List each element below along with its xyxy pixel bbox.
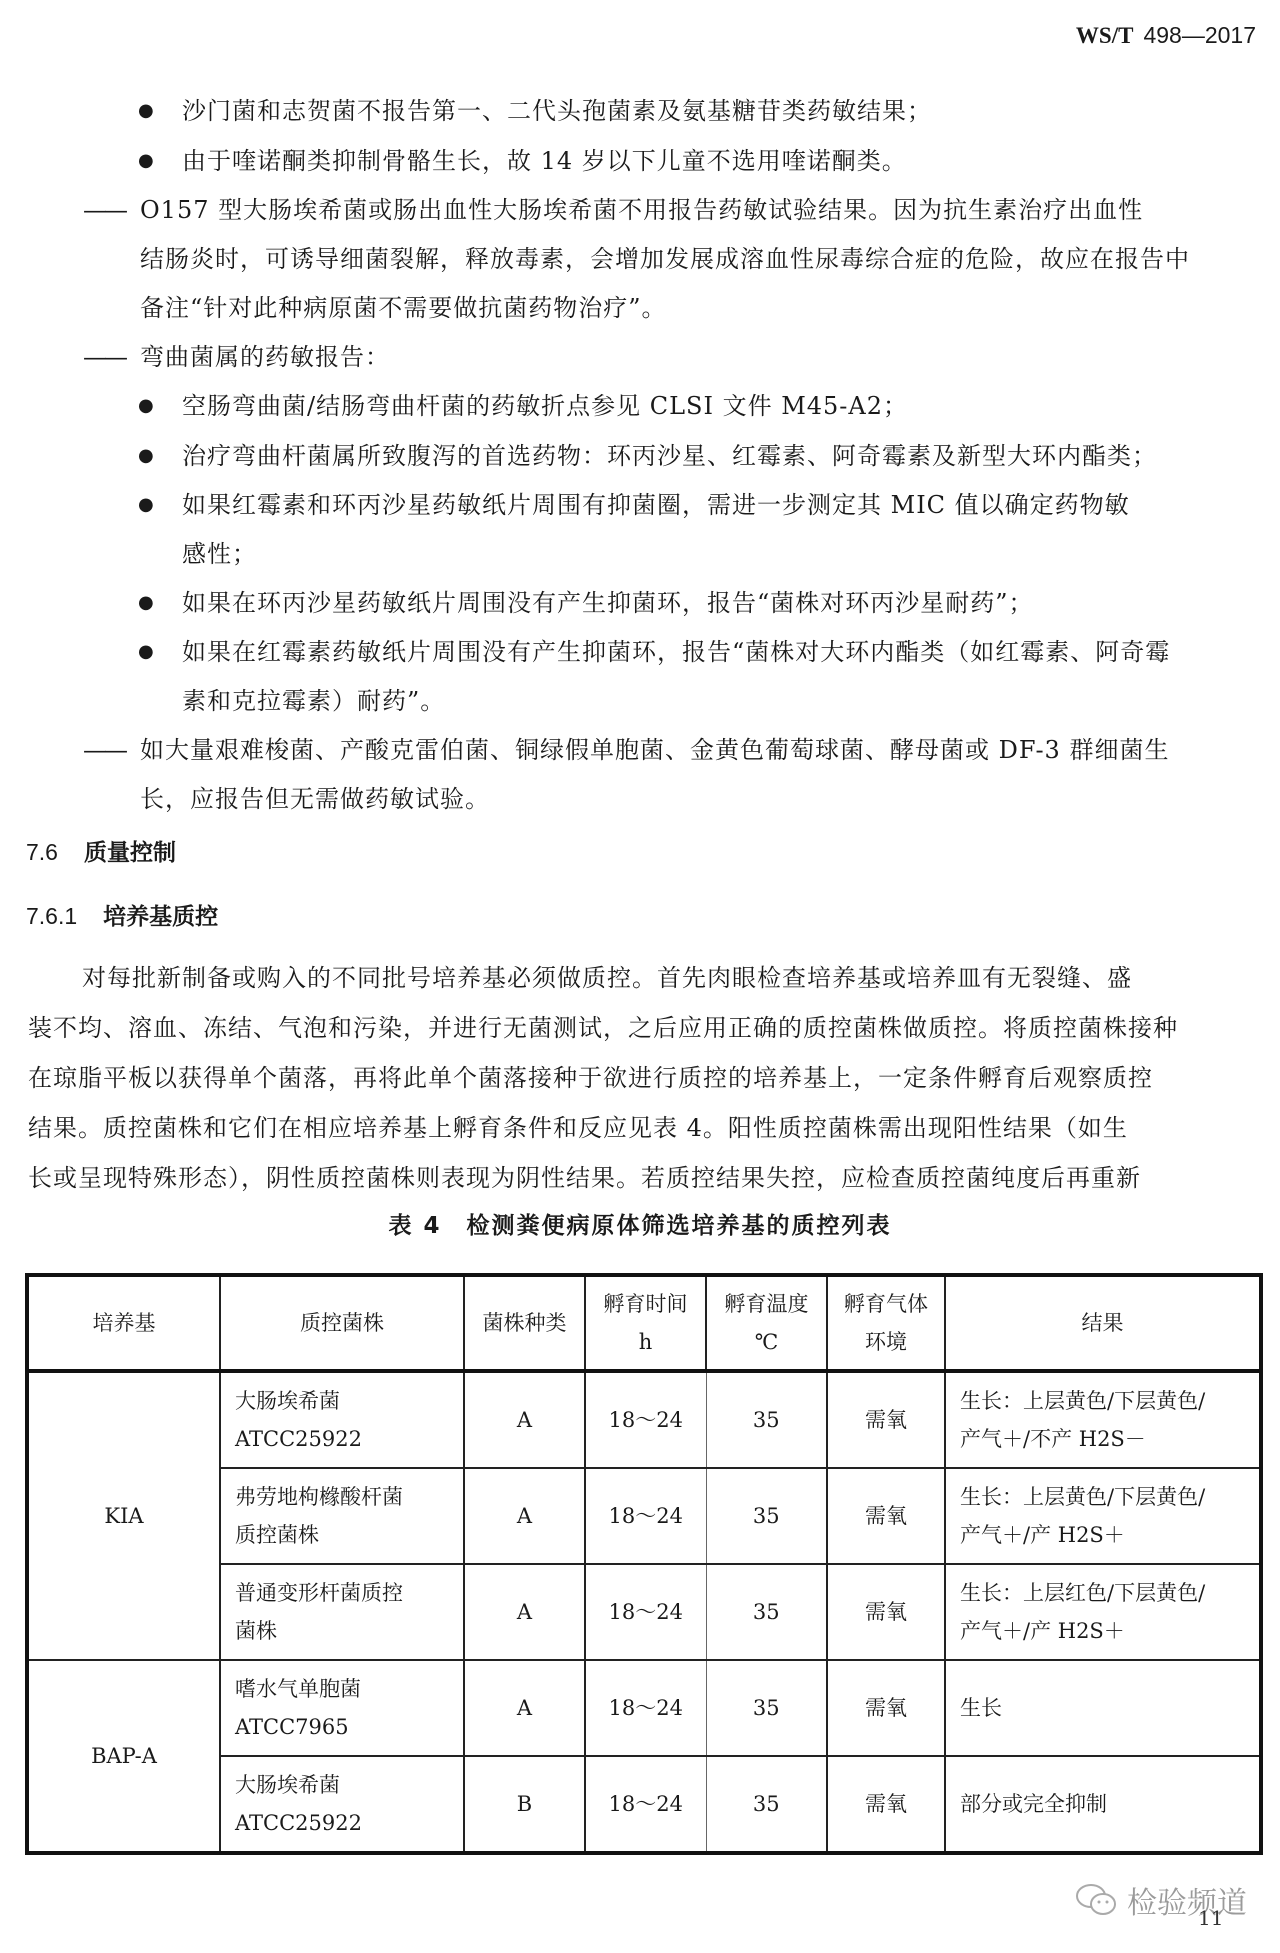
cell-time: 18～24 bbox=[585, 1468, 706, 1564]
bullet-item: 治疗弯曲杆菌属所致腹泻的首选药物：环丙沙星、红霉素、阿奇霉素及新型大环内酯类； bbox=[182, 441, 1157, 471]
header-type: 菌株种类 bbox=[464, 1275, 585, 1371]
body-line: 装不均、溶血、冻结、气泡和污染，并进行无菌测试，之后应用正确的质控菌株做质控。将… bbox=[28, 1013, 1178, 1043]
cell-type: A bbox=[464, 1564, 585, 1660]
text-line: 备注“针对此种病原菌不需要做抗菌药物治疗”。 bbox=[140, 293, 667, 323]
cell-result: 部分或完全抑制 bbox=[945, 1756, 1261, 1853]
cell-strain: 大肠埃希菌ATCC25922 bbox=[220, 1371, 464, 1468]
bullet-item: 如果在环丙沙星药敏纸片周围没有产生抑菌环，报告“菌株对环丙沙星耐药”； bbox=[182, 588, 1034, 618]
text-line: 素和克拉霉素）耐药”。 bbox=[182, 686, 445, 716]
cell-medium: BAP-A bbox=[27, 1660, 220, 1853]
standard-number: 498—2017 bbox=[1143, 22, 1256, 48]
watermark-text: 检验频道 bbox=[1127, 1878, 1247, 1922]
cell-strain: 弗劳地枸橼酸杆菌质控菌株 bbox=[220, 1468, 464, 1564]
section-heading: 7.6质量控制 bbox=[26, 834, 176, 867]
cell-time: 18～24 bbox=[585, 1756, 706, 1853]
dash-item: 弯曲菌属的药敏报告： bbox=[140, 342, 390, 372]
standard-prefix: WS/T bbox=[1076, 23, 1134, 48]
cell-result: 生长 bbox=[945, 1660, 1261, 1756]
header-temp: 孵育温度℃ bbox=[706, 1275, 827, 1371]
bullet-item: 空肠弯曲菌/结肠弯曲杆菌的药敏折点参见 CLSI 文件 M45-A2； bbox=[182, 391, 908, 421]
section-title: 质量控制 bbox=[84, 840, 176, 866]
cell-strain: 嗜水气单胞菌ATCC7965 bbox=[220, 1660, 464, 1756]
cell-result: 生长：上层黄色/下层黄色/产气＋/产 H2S＋ bbox=[945, 1468, 1261, 1564]
text-line: 长，应报告但无需做药敏试验。 bbox=[140, 784, 490, 814]
cell-gas: 需氧 bbox=[827, 1371, 945, 1468]
header-gas: 孵育气体环境 bbox=[827, 1275, 945, 1371]
section-number: 7.6.1 bbox=[26, 903, 77, 929]
dash-item: 如大量艰难梭菌、产酸克雷伯菌、铜绿假单胞菌、金黄色葡萄球菌、酵母菌或 DF-3 … bbox=[140, 735, 1169, 765]
table-caption: 表 4 检测粪便病原体筛选培养基的质控列表 bbox=[0, 1207, 1280, 1240]
cell-type: A bbox=[464, 1371, 585, 1468]
cell-gas: 需氧 bbox=[827, 1564, 945, 1660]
dash-item: O157 型大肠埃希菌或肠出血性大肠埃希菌不用报告药敏试验结果。因为抗生素治疗出… bbox=[140, 195, 1143, 225]
wechat-icon bbox=[1075, 1882, 1119, 1918]
body-line: 长或呈现特殊形态），阴性质控菌株则表现为阴性结果。若质控结果失控，应检查质控菌纯… bbox=[28, 1163, 1141, 1193]
cell-gas: 需氧 bbox=[827, 1660, 945, 1756]
body-line: 对每批新制备或购入的不同批号培养基必须做质控。首先肉眼检查培养基或培养皿有无裂缝… bbox=[82, 963, 1132, 993]
cell-temp: 35 bbox=[706, 1371, 827, 1468]
header-time: 孵育时间h bbox=[585, 1275, 706, 1371]
cell-result: 生长：上层黄色/下层黄色/产气＋/不产 H2S－ bbox=[945, 1371, 1261, 1468]
cell-strain: 大肠埃希菌ATCC25922 bbox=[220, 1756, 464, 1853]
cell-time: 18～24 bbox=[585, 1371, 706, 1468]
body-line: 在琼脂平板以获得单个菌落，再将此单个菌落接种于欲进行质控的培养基上，一定条件孵育… bbox=[28, 1063, 1153, 1093]
cell-temp: 35 bbox=[706, 1756, 827, 1853]
cell-result: 生长：上层红色/下层黄色/产气＋/产 H2S＋ bbox=[945, 1564, 1261, 1660]
cell-type: A bbox=[464, 1660, 585, 1756]
header-strain: 质控菌株 bbox=[220, 1275, 464, 1371]
bullet-item: 由于喹诺酮类抑制骨骼生长，故 14 岁以下儿童不选用喹诺酮类。 bbox=[182, 146, 907, 176]
cell-time: 18～24 bbox=[585, 1660, 706, 1756]
page-number: 11 bbox=[1198, 1906, 1223, 1930]
cell-type: A bbox=[464, 1468, 585, 1564]
body-line: 结果。质控菌株和它们在相应培养基上孵育条件和反应见表 4。阳性质控菌株需出现阳性… bbox=[28, 1113, 1128, 1143]
section-title: 培养基质控 bbox=[103, 904, 218, 930]
cell-temp: 35 bbox=[706, 1660, 827, 1756]
header-result: 结果 bbox=[945, 1275, 1261, 1371]
bullet-item: 沙门菌和志贺菌不报告第一、二代头孢菌素及氨基糖苷类药敏结果； bbox=[182, 96, 932, 126]
table-row: BAP-A 嗜水气单胞菌ATCC7965 A 18～24 35 需氧 生长 bbox=[27, 1660, 1261, 1756]
bullet-item: 如果在红霉素药敏纸片周围没有产生抑菌环，报告“菌株对大环内酯类（如红霉素、阿奇霉 bbox=[182, 637, 1170, 667]
cell-temp: 35 bbox=[706, 1564, 827, 1660]
text-line: 感性； bbox=[182, 539, 257, 569]
text-line: 结肠炎时，可诱导细菌裂解，释放毒素，会增加发展成溶血性尿毒综合症的危险，故应在报… bbox=[140, 244, 1190, 274]
table-header-row: 培养基 质控菌株 菌株种类 孵育时间h 孵育温度℃ 孵育气体环境 结果 bbox=[27, 1275, 1261, 1371]
cell-temp: 35 bbox=[706, 1468, 827, 1564]
subsection-heading: 7.6.1培养基质控 bbox=[26, 898, 218, 931]
table-row: KIA 大肠埃希菌ATCC25922 A 18～24 35 需氧 生长：上层黄色… bbox=[27, 1371, 1261, 1468]
cell-medium: KIA bbox=[27, 1371, 220, 1660]
bullet-item: 如果红霉素和环丙沙星药敏纸片周围有抑菌圈，需进一步测定其 MIC 值以确定药物敏 bbox=[182, 490, 1130, 520]
cell-strain: 普通变形杆菌质控菌株 bbox=[220, 1564, 464, 1660]
cell-gas: 需氧 bbox=[827, 1756, 945, 1853]
cell-gas: 需氧 bbox=[827, 1468, 945, 1564]
header-medium: 培养基 bbox=[27, 1275, 220, 1371]
qc-table: 培养基 质控菌株 菌株种类 孵育时间h 孵育温度℃ 孵育气体环境 结果 KIA … bbox=[25, 1273, 1263, 1855]
cell-type: B bbox=[464, 1756, 585, 1853]
cell-time: 18～24 bbox=[585, 1564, 706, 1660]
section-number: 7.6 bbox=[26, 839, 58, 865]
standard-code: WS/T498—2017 bbox=[1076, 22, 1256, 49]
